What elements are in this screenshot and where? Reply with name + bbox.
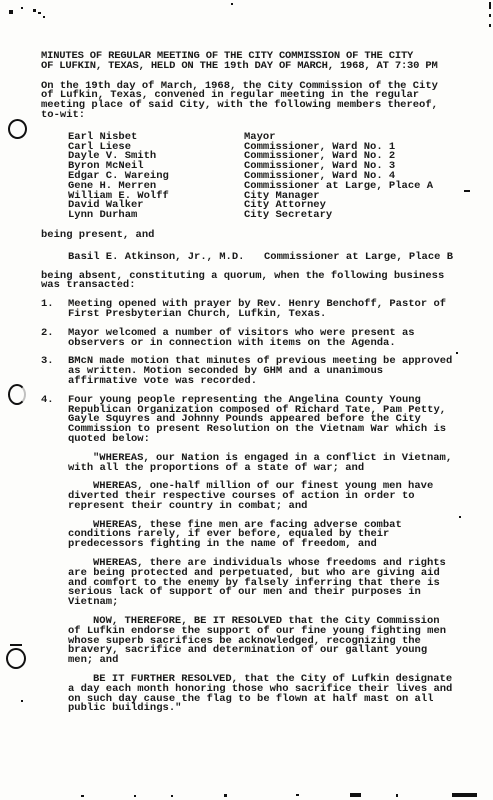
- member-row: Lynn Durham City Secretary: [68, 211, 455, 221]
- scan-edge-mark: [489, 2, 491, 9]
- scan-bottom-mark: [171, 795, 173, 797]
- scan-mark: [10, 644, 22, 646]
- scan-speck: [21, 700, 23, 702]
- scan-speck: [21, 7, 23, 9]
- agenda-item: 1. Meeting opened with prayer by Rev. He…: [41, 300, 455, 320]
- members-roster: Earl Nisbet Mayor Carl Liese Commissione…: [68, 133, 455, 221]
- agenda-items: 1. Meeting opened with prayer by Rev. He…: [41, 300, 455, 445]
- scan-bottom-mark: [396, 794, 398, 797]
- scan-speck: [459, 516, 461, 518]
- resolution-paragraph: WHEREAS, one-half million of our finest …: [68, 482, 455, 511]
- scan-dash-mark: [464, 190, 470, 192]
- resolution-text: "WHEREAS, our Nation is engaged in a con…: [41, 454, 455, 715]
- agenda-item: 2. Mayor welcomed a number of visitors w…: [41, 329, 455, 349]
- item-number: 1.: [41, 300, 68, 320]
- resolution-paragraph: WHEREAS, there are individuals whose fre…: [68, 559, 455, 608]
- scan-speck: [231, 3, 233, 5]
- title-line-2: OF LUFKIN, TEXAS, HELD ON THE 19th DAY O…: [41, 62, 455, 72]
- agenda-item: 3. BMcN made motion that minutes of prev…: [41, 357, 455, 386]
- scan-speck: [33, 9, 36, 12]
- scan-edge-mark: [489, 14, 491, 17]
- scan-bottom-mark: [81, 795, 84, 797]
- item-number: 3.: [41, 357, 68, 386]
- hole-punch-middle-icon: [8, 384, 26, 405]
- scanned-minutes-page: MINUTES OF REGULAR MEETING OF THE CITY C…: [0, 0, 493, 800]
- item-text: Meeting opened with prayer by Rev. Henry…: [68, 300, 455, 320]
- document-title: MINUTES OF REGULAR MEETING OF THE CITY C…: [41, 52, 455, 72]
- agenda-item: 4. Four young people representing the An…: [41, 396, 455, 445]
- scan-speck: [43, 16, 45, 18]
- resolution-paragraph: "WHEREAS, our Nation is engaged in a con…: [68, 454, 455, 474]
- present-note: being present, and: [41, 231, 455, 241]
- scan-bottom-mark: [350, 793, 361, 797]
- item-text: BMcN made motion that minutes of previou…: [68, 357, 455, 386]
- document-body: MINUTES OF REGULAR MEETING OF THE CITY C…: [41, 52, 455, 714]
- item-number: 2.: [41, 329, 68, 349]
- scan-bottom-mark: [134, 795, 136, 797]
- absent-member-title: Commissioner at Large, Place B: [264, 253, 453, 263]
- item-text: Four young people representing the Angel…: [68, 396, 455, 445]
- resolution-paragraph: WHEREAS, these fine men are facing adver…: [68, 521, 455, 550]
- item-text: Mayor welcomed a number of visitors who …: [68, 329, 455, 349]
- scan-bottom-mark: [296, 794, 299, 796]
- resolution-paragraph: NOW, THEREFORE, BE IT RESOLVED that the …: [68, 617, 455, 666]
- item-number: 4.: [41, 396, 68, 445]
- scan-edge-mark: [489, 24, 491, 27]
- scan-bottom-mark: [224, 794, 227, 797]
- member-name: Lynn Durham: [68, 211, 244, 221]
- scan-bottom-mark: [452, 793, 477, 797]
- hole-punch-bottom-icon: [6, 648, 26, 669]
- absent-member-row: Basil E. Atkinson, Jr., M.D. Commissione…: [68, 253, 455, 263]
- scan-speck: [9, 10, 13, 14]
- absent-note: being absent, constituting a quorum, whe…: [41, 272, 455, 292]
- member-title: City Secretary: [244, 211, 455, 221]
- absent-member-name: Basil E. Atkinson, Jr., M.D.: [68, 253, 264, 263]
- scan-speck: [38, 12, 41, 14]
- resolution-paragraph: BE IT FURTHER RESOLVED, that the City of…: [68, 675, 455, 714]
- scan-speck: [456, 352, 458, 354]
- hole-punch-top-icon: [8, 119, 27, 139]
- intro-paragraph: On the 19th day of March, 1968, the City…: [41, 82, 455, 121]
